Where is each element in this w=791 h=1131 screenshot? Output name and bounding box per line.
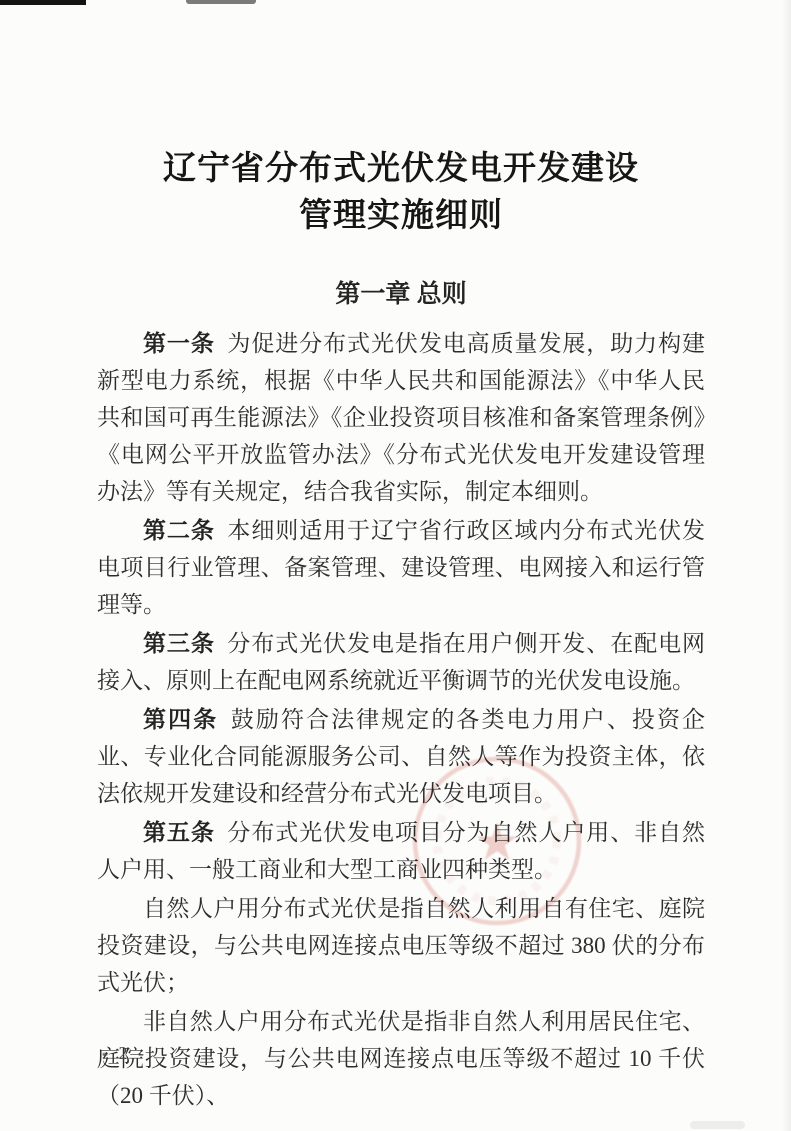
article-label: 第一条 (143, 331, 215, 356)
article-text: 为促进分布式光伏发电高质量发展，助力构建新型电力系统，根据《中华人民共和国能源法… (97, 331, 705, 504)
document-title-line1: 辽宁省分布式光伏发电开发建设 (97, 144, 705, 191)
article-label: 第三条 (143, 631, 215, 656)
scan-smudge-bottom (690, 1121, 745, 1129)
chapter-heading: 第一章 总则 (97, 274, 705, 310)
article-label: 第二条 (143, 518, 215, 543)
article-text: 非自然人户用分布式光伏是指非自然人利用居民住宅、庭院投资建设，与公共电网连接点电… (97, 1009, 705, 1108)
article-label: 第四条 (143, 707, 218, 732)
article-paragraph: 第三条分布式光伏发电是指在用户侧开发、在配电网接入、原则上在配电网系统就近平衡调… (97, 625, 705, 699)
article-paragraph: 第一条为促进分布式光伏发电高质量发展，助力构建新型电力系统，根据《中华人民共和国… (97, 325, 705, 510)
article-paragraph: 自然人户用分布式光伏是指自然人利用自有住宅、庭院投资建设，与公共电网连接点电压等… (97, 890, 705, 1001)
document-content: 辽宁省分布式光伏发电开发建设 管理实施细则 第一章 总则 第一条为促进分布式光伏… (97, 0, 705, 1116)
document-title: 辽宁省分布式光伏发电开发建设 管理实施细则 (97, 144, 705, 238)
article-label: 第五条 (143, 820, 215, 845)
article-paragraph: 第二条本细则适用于辽宁省行政区域内分布式光伏发电项目行业管理、备案管理、建设管理… (97, 512, 705, 623)
article-paragraph: 第四条鼓励符合法律规定的各类电力用户、投资企业、专业化合同能源服务公司、自然人等… (97, 701, 705, 812)
article-text: 自然人户用分布式光伏是指自然人利用自有住宅、庭院投资建设，与公共电网连接点电压等… (97, 896, 705, 995)
scan-edge-shadow (782, 0, 791, 1131)
document-title-line2: 管理实施细则 (97, 191, 705, 238)
document-body: 第一条为促进分布式光伏发电高质量发展，助力构建新型电力系统，根据《中华人民共和国… (97, 325, 705, 1114)
article-paragraph: 非自然人户用分布式光伏是指非自然人利用居民住宅、庭院投资建设，与公共电网连接点电… (97, 1003, 705, 1114)
page-number: - 2 - (102, 1043, 147, 1064)
scan-smudge-top-left (0, 0, 86, 5)
document-page: 辽宁省分布式光伏发电开发建设 管理实施细则 第一章 总则 第一条为促进分布式光伏… (0, 0, 791, 1131)
article-paragraph: 第五条分布式光伏发电项目分为自然人户用、非自然人户用、一般工商业和大型工商业四种… (97, 814, 705, 888)
